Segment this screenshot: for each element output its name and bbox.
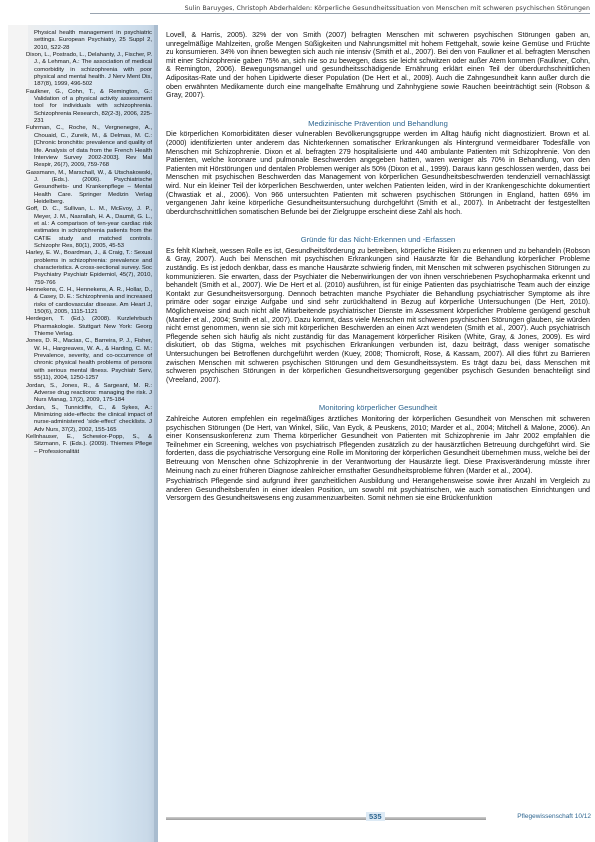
- reference-item: Hennekens, C. H., Hennekens, A. R., Holl…: [26, 287, 152, 316]
- sidebar-edge: [154, 25, 158, 842]
- reference-item: Gassmann, M., Marschall, W., & Utschakow…: [26, 170, 152, 207]
- reference-item: Jones, D. R., Macias, C., Barreira, P. J…: [26, 338, 152, 382]
- page-footer: 535 Pflegewissenschaft 10/12: [166, 812, 591, 824]
- section-heading-reasons: Gründe für das Nicht-Erkennen und -Erfas…: [166, 236, 590, 245]
- reference-item: Physical health management in psychiatri…: [34, 30, 152, 52]
- paragraph: Psychiatrisch Pflegende sind aufgrund ih…: [166, 477, 590, 503]
- reference-item: Kellnhauser, E., Schewior-Popp, S., & Si…: [26, 434, 152, 456]
- page-number: 535: [366, 812, 385, 821]
- main-text-column: Lovell, & Harris, 2005). 32% der von Smi…: [166, 31, 590, 503]
- reference-item: Jordan, S., Jones, R., & Sargeant, M. R.…: [26, 383, 152, 405]
- journal-name: Pflegewissenschaft 10/12: [517, 813, 591, 820]
- reference-item: Harley, E. W., Boardman, J., & Craig, T.…: [26, 250, 152, 287]
- reference-item: Jordan, S., Tunnicliffe, C., & Sykes, A.…: [26, 405, 152, 434]
- references-list: Physical health management in psychiatri…: [26, 30, 152, 456]
- paragraph: Es fehlt Klarheit, wessen Rolle es ist, …: [166, 247, 590, 385]
- reference-item: Fuhrman, C., Roche, N., Vergnenegre, A.,…: [26, 125, 152, 169]
- footer-rule: [166, 817, 486, 820]
- section-heading-prevention: Medizinische Prävention und Behandlung: [166, 120, 590, 129]
- reference-item: Herdegen, T. (Ed.). (2008). Kurzlehrbuch…: [26, 316, 152, 338]
- paragraph: Zahlreiche Autoren empfehlen ein regelmä…: [166, 415, 590, 475]
- paragraph: Die körperlichen Komorbiditäten dieser v…: [166, 130, 590, 216]
- reference-item: Dixon, L., Postrado, L., Delahanty, J., …: [26, 52, 152, 89]
- intro-paragraph: Lovell, & Harris, 2005). 32% der von Smi…: [166, 31, 590, 100]
- running-head: Sulin Baruyges, Christoph Abderhalden: K…: [90, 5, 590, 14]
- reference-item: Faulkner, G., Cohn, T., & Remington, G.:…: [26, 89, 152, 126]
- section-heading-monitoring: Monitoring körperlicher Gesundheit: [166, 404, 590, 413]
- reference-item: Goff, D. C., Sullivan, L. M., McEvoy, J.…: [26, 206, 152, 250]
